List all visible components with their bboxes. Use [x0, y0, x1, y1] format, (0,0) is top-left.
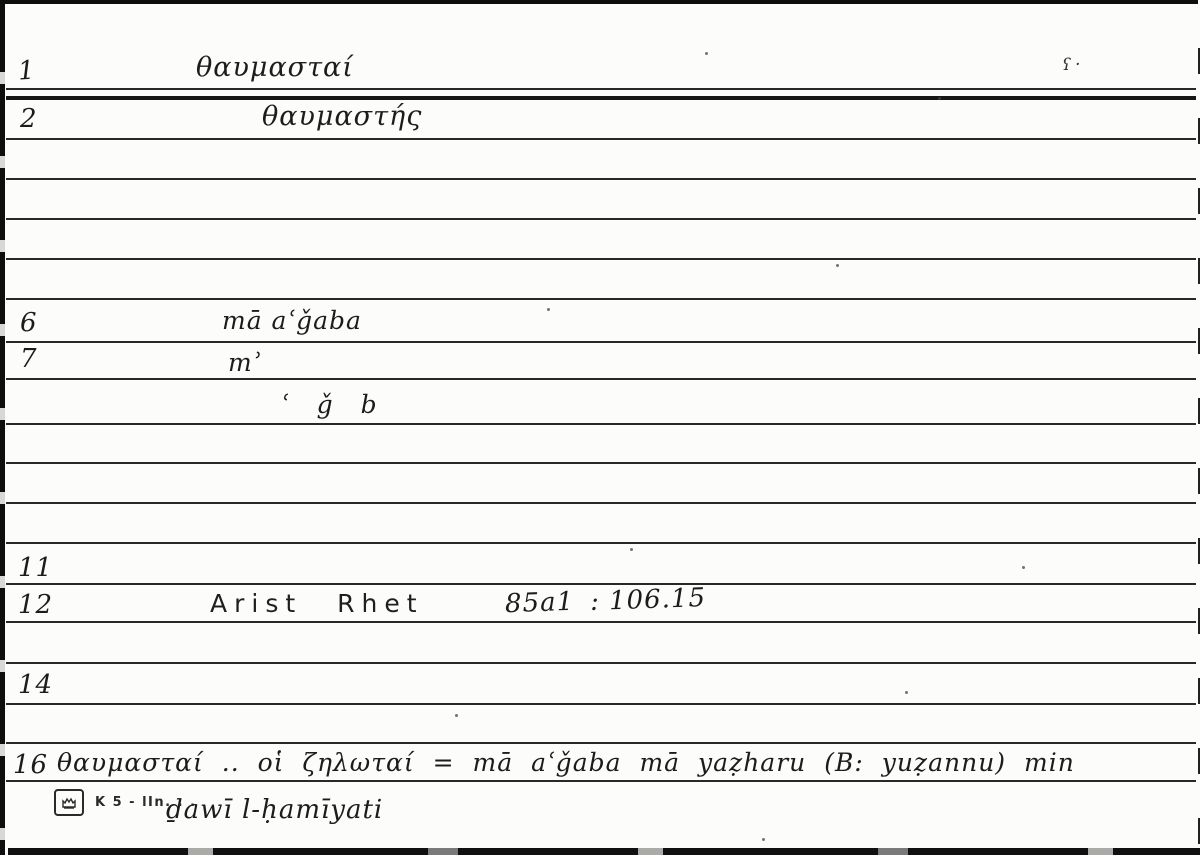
line-number-12: 12: [18, 590, 53, 620]
scan-edge-bottom: [8, 848, 1200, 855]
scan-speck: [1022, 566, 1025, 569]
ruled-line: [6, 88, 1196, 90]
line-number-1: 1: [17, 55, 37, 86]
ruled-line: [6, 703, 1196, 705]
scan-speck: [762, 838, 765, 841]
ruled-line: [6, 542, 1196, 544]
ruled-line: [6, 742, 1196, 744]
ruled-line: [6, 178, 1196, 180]
gloss-equation-line: θαυμασταί .. οἱ ζηλωταί = mā aʿǧaba mā y…: [57, 748, 1075, 777]
gloss-continuation-line: ḏawī l-ḥamīyati: [166, 795, 383, 825]
ruled-line: [6, 341, 1196, 343]
ruled-line: [6, 662, 1196, 664]
scan-speck: [630, 548, 633, 551]
arabic-transliteration: mā aʿǧaba: [222, 306, 362, 335]
line-number-7: 7: [20, 344, 38, 374]
crest-icon: [54, 789, 84, 816]
source-citation: Arist Rhet: [210, 589, 424, 618]
scan-speck: [455, 714, 458, 717]
ruled-line: [6, 258, 1196, 260]
arabic-page-line-ref: : 106.15: [590, 583, 707, 617]
arabic-form-abbrev: mʾ: [228, 348, 261, 377]
ruled-line: [6, 218, 1196, 220]
scan-edge-top: [5, 0, 1198, 4]
ruled-line: [6, 583, 1196, 585]
ruled-line-heavy: [6, 96, 1196, 100]
ruled-line: [6, 138, 1196, 140]
line-number-11: 11: [18, 553, 53, 583]
greek-lemma: θαυμαστής: [262, 101, 422, 132]
ruled-line: [6, 502, 1196, 504]
scan-speck: [836, 264, 839, 267]
scan-speck: [705, 52, 708, 55]
ruled-line: [6, 621, 1196, 623]
line-number-16: 16: [13, 750, 48, 780]
line-number-14: 14: [18, 670, 53, 700]
ruled-line: [6, 423, 1196, 425]
ruled-line: [6, 298, 1196, 300]
ruled-line: [6, 378, 1196, 380]
bekker-locus: 85a1: [504, 587, 574, 619]
form-stamp: K 5 - lIn. . .: [54, 789, 197, 816]
ruled-line: [6, 462, 1196, 464]
scan-edge-left: [0, 0, 5, 855]
ruled-line: [6, 780, 1196, 782]
stamp-code-label: K 5 - lIn. . .: [95, 795, 197, 810]
line-number-6: 6: [20, 308, 38, 338]
arabic-root-letters: ʿ ǧ b: [281, 390, 378, 419]
stray-pen-mark: ʕ·: [1062, 55, 1085, 75]
scanned-slip-page: 1 θαυμασταί 2 θαυμαστής 6 mā aʿǧaba 7 mʾ…: [0, 0, 1200, 855]
scan-speck: [905, 691, 908, 694]
greek-lemma-form: θαυμασταί: [196, 52, 354, 83]
scan-speck: [938, 97, 941, 100]
line-number-2: 2: [20, 104, 38, 134]
scan-speck: [547, 308, 550, 311]
